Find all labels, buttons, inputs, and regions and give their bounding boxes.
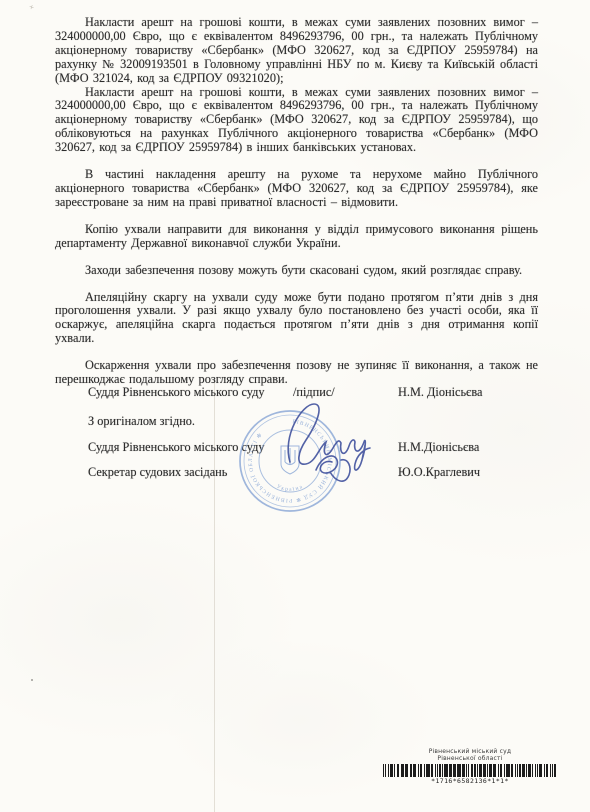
secretary-title: Секретар судових засідань (88, 465, 227, 480)
judge-title: Суддя Рівненського міського суду (88, 385, 265, 400)
judge-name: Н.М. Діонісьєва (398, 385, 482, 400)
paragraph-appeal-terms: Апеляційну скаргу на ухвали суду може бу… (55, 291, 538, 347)
paragraph-arrest-funds-account: Накласти арешт на грошові кошти, в межах… (55, 16, 538, 86)
court-barcode-block: Рівненський міський суд Рівненської обла… (383, 748, 557, 785)
secretary-name: Ю.О.Краглевич (398, 465, 480, 480)
scanned-court-ruling-page: + Накласти арешт на грошові кошти, в меж… (0, 0, 590, 812)
handwritten-signature (260, 392, 380, 500)
barcode-bars (383, 764, 557, 777)
judge-name: Н.М.Діонісьєва (398, 440, 479, 455)
paragraph-measures-cancellable: Заходи забезпечення позову можуть бути с… (55, 264, 538, 278)
barcode-court-region: Рівненської області (383, 755, 557, 762)
ruling-body-text: Накласти арешт на грошові кошти, в межах… (55, 16, 538, 400)
paragraph-refuse-property-arrest: В частині накладення арешту на рухоме та… (55, 168, 538, 210)
scan-artifact-mark: + (28, 1, 36, 12)
paragraph-send-copy-enforcement: Копію ухвали направити для виконання у в… (55, 223, 538, 251)
barcode-court-name: Рівненський міський суд (383, 748, 557, 755)
barcode-number: *1716*6582136*1*1* (383, 777, 557, 785)
certified-copy-label: З оригіналом згідно. (88, 414, 195, 429)
paragraph-arrest-funds-other-banks: Накласти арешт на грошові кошти, в межах… (55, 86, 538, 156)
scan-speck (31, 679, 33, 681)
paragraph-appeal-no-suspension: Оскарження ухвали про забезпечення позов… (55, 359, 538, 387)
